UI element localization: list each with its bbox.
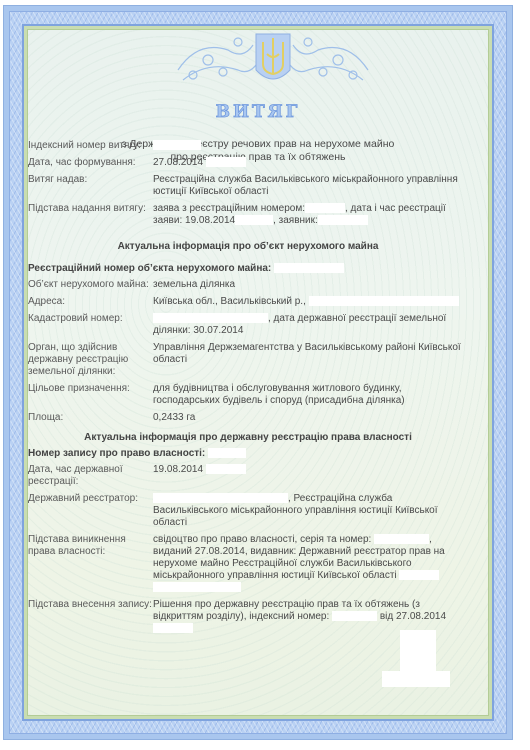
date-value: 27.08.2014 xyxy=(153,157,203,168)
field-value xyxy=(153,140,468,152)
record-number: Номер запису про право власності: xyxy=(28,448,468,460)
date-value: 19.08.2014 xyxy=(153,464,203,475)
label: Номер запису про право власності: xyxy=(28,448,205,459)
section-heading-rights: Актуальна інформація про державну реєстр… xyxy=(28,432,468,444)
redacted-signature xyxy=(382,671,450,687)
field-label: Об’єкт нерухомого майна: xyxy=(28,279,153,291)
field-area: Площа: 0,2433 га xyxy=(28,412,468,424)
field-registrar-body: Орган, що здійснив державну реєстрацію з… xyxy=(28,342,468,378)
label: Реєстраційний номер об’єкта нерухомого м… xyxy=(28,263,271,274)
text-part: від 27.08.2014 xyxy=(380,611,446,622)
field-issued-by: Витяг надав: Реєстраційна служба Васильк… xyxy=(28,174,468,198)
redacted-block xyxy=(274,263,344,273)
document-title: ВИТЯГ xyxy=(28,102,488,122)
redacted-block xyxy=(153,623,193,633)
field-value: Київська обл., Васильківський р., xyxy=(153,296,468,308)
redacted-block xyxy=(305,203,345,213)
field-label: Цільове призначення: xyxy=(28,383,153,407)
document-body: Індексний номер витягу: Дата, час формув… xyxy=(28,140,468,640)
ukraine-trident-icon xyxy=(168,30,378,92)
ornament-header xyxy=(168,30,378,92)
field-purpose: Цільове призначення: для будівництва і о… xyxy=(28,383,468,407)
field-label: Дата, час формування: xyxy=(28,157,153,169)
redacted-block xyxy=(208,448,246,458)
field-value: для будівництва і обслуговування житлово… xyxy=(153,383,468,407)
field-object-type: Об’єкт нерухомого майна: земельна ділянк… xyxy=(28,279,468,291)
field-formation-date: Дата, час формування: 27.08.2014 xyxy=(28,157,468,169)
redacted-block xyxy=(399,570,439,580)
field-label: Підстава внесення запису: xyxy=(28,599,153,635)
field-index-number: Індексний номер витягу: xyxy=(28,140,468,152)
redacted-block xyxy=(206,464,246,474)
redacted-block xyxy=(206,157,246,167)
field-cadastral: Кадастровий номер: , дата державної реєс… xyxy=(28,313,468,337)
field-label: Витяг надав: xyxy=(28,174,153,198)
field-label: Площа: xyxy=(28,412,153,424)
field-address: Адреса: Київська обл., Васильківський р.… xyxy=(28,296,468,308)
redacted-block xyxy=(153,140,201,150)
field-label: Державний реєстратор: xyxy=(28,493,153,529)
field-value: заява з реєстраційним номером:, дата і ч… xyxy=(153,203,468,227)
field-label: Дата, час державної реєстрації: xyxy=(28,464,153,488)
field-ownership-basis: Підстава виникнення права власності: сві… xyxy=(28,534,468,594)
field-label: Адреса: xyxy=(28,296,153,308)
field-label: Орган, що здійснив державну реєстрацію з… xyxy=(28,342,153,378)
field-reg-date: Дата, час державної реєстрації: 19.08.20… xyxy=(28,464,468,488)
field-value: 19.08.2014 xyxy=(153,464,468,488)
field-label: Підстава надання витягу: xyxy=(28,203,153,227)
field-label: Кадастровий номер: xyxy=(28,313,153,337)
text-part: Київська обл., Васильківський р., xyxy=(153,296,306,307)
field-value: , дата державної реєстрації земельної ді… xyxy=(153,313,468,337)
field-value: 0,2433 га xyxy=(153,412,468,424)
text-part: заява з реєстраційним номером: xyxy=(153,203,305,214)
field-state-registrar: Державний реєстратор: , Реєстраційна слу… xyxy=(28,493,468,529)
redacted-block xyxy=(332,611,377,621)
redacted-block xyxy=(309,296,459,306)
redacted-block xyxy=(153,582,241,592)
field-basis: Підстава надання витягу: заява з реєстра… xyxy=(28,203,468,227)
redacted-block xyxy=(235,215,273,225)
redacted-block xyxy=(374,534,429,544)
text-part: свідоцтво про право власності, серія та … xyxy=(153,534,371,545)
redacted-stamp xyxy=(400,630,436,675)
field-label: Підстава виникнення права власності: xyxy=(28,534,153,594)
field-value: Управління Держземагентства у Васильківс… xyxy=(153,342,468,378)
redacted-block xyxy=(153,493,288,503)
redacted-block xyxy=(318,215,368,225)
field-label: Індексний номер витягу: xyxy=(28,140,153,152)
field-value: земельна ділянка xyxy=(153,279,468,291)
object-reg-number: Реєстраційний номер об’єкта нерухомого м… xyxy=(28,263,468,275)
field-value: , Реєстраційна служба Васильківського мі… xyxy=(153,493,468,529)
field-value: Реєстраційна служба Васильківського місь… xyxy=(153,174,468,198)
text-part: , заявник: xyxy=(273,215,318,226)
field-value: свідоцтво про право власності, серія та … xyxy=(153,534,468,594)
field-value: 27.08.2014 xyxy=(153,157,468,169)
section-heading-object: Актуальна інформація про об’єкт нерухомо… xyxy=(28,241,468,253)
redacted-block xyxy=(153,313,268,323)
